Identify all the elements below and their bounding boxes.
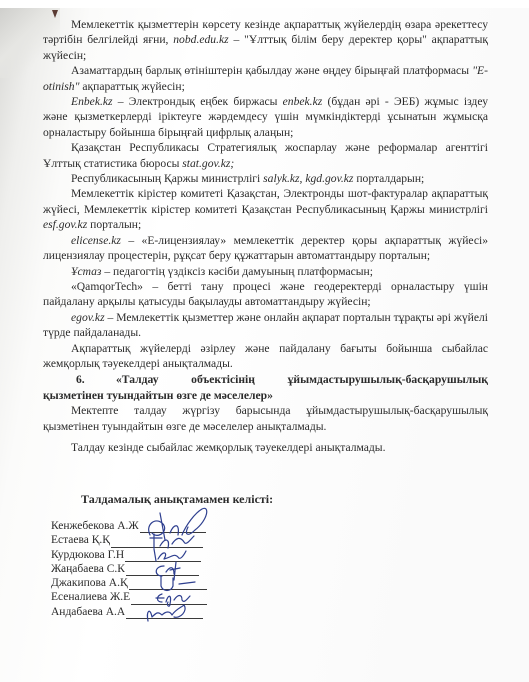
italic-term: egov.kz	[71, 311, 105, 324]
body-paragraph: Республикасының Қаржы министрлігі salyk.…	[43, 171, 488, 186]
paragraph-text: Қазақстан Республикасы Стратегиялық жосп…	[43, 141, 488, 169]
body-paragraph: Азаматтардың барлық өтініштерін қабылдау…	[43, 63, 488, 94]
section-paragraph: Талдау кезінде сыбайлас жемқорлық тәуеке…	[43, 440, 488, 455]
paragraph-text: Республикасының Қаржы министрлігі	[71, 172, 263, 185]
paragraph-text: – Мемлекеттік қызметтер және онлайн ақпа…	[43, 311, 488, 339]
section-paragraph: Мектепте талдау жүргізу барысында ұйымда…	[43, 403, 488, 434]
signer-name: Жаңабаева С.К	[51, 562, 125, 576]
body-paragraph: Enbek.kz – Электрондық еңбек биржасы enb…	[43, 94, 488, 140]
body-paragraph: Мемлекеттік қызметтерін көрсету кезінде …	[43, 17, 488, 63]
paragraph-text: Азаматтардың барлық өтініштерін қабылдау…	[71, 64, 472, 77]
signer-name: Джакипова А.Қ	[51, 576, 128, 590]
paragraph-list: Мемлекеттік қызметтерін көрсету кезінде …	[43, 17, 488, 371]
italic-term: nobd.edu.kz	[173, 33, 228, 46]
italic-term: Ұстаз	[71, 265, 101, 278]
body-paragraph: Ұстаз – педагогтің үздіксіз кәсіби дамуы…	[43, 264, 488, 279]
body-paragraph: Қазақстан Республикасы Стратегиялық жосп…	[43, 140, 488, 171]
italic-term: elicense.kz	[71, 234, 121, 247]
italic-term: esf.gov.kz	[43, 218, 87, 231]
body-paragraph: Мемлекеттік кірістер комитеті Қазақстан,…	[43, 186, 488, 232]
italic-term: stat.gov.kz;	[182, 157, 234, 170]
signer-name: Курдюкова Г.Н	[51, 548, 124, 562]
paragraph-text: «QamqorTech» – бетті тану процесі және г…	[43, 280, 488, 308]
italic-term: salyk.kz, kgd.gov.kz	[263, 172, 353, 185]
italic-term: Enbek.kz	[71, 95, 113, 108]
paragraph-text: порталдарын;	[353, 172, 424, 185]
paragraph-text: Мемлекеттік кірістер комитеті Қазақстан,…	[43, 187, 488, 215]
paragraph-text: порталын;	[87, 218, 141, 231]
signer-name: Андабаева А.А	[51, 605, 125, 619]
signer-name: Есеналиева Ж.Е	[51, 590, 130, 604]
section-number: 6.	[76, 372, 116, 387]
body-paragraph: elicense.kz – «Е-лицензиялау» мемлекетті…	[43, 233, 488, 264]
signer-name: Естаева Қ.Қ	[51, 533, 110, 547]
paragraph-text: Ақпараттық жүйелерді әзірлеу және пайдал…	[43, 342, 488, 370]
paragraph-text: – Электрондық еңбек биржасы	[113, 95, 283, 108]
italic-term: enbek.kz	[283, 95, 323, 108]
body-paragraph: Ақпараттық жүйелерді әзірлеу және пайдал…	[43, 341, 488, 372]
section-heading: 6.«Талдау объектісінің ұйымдастырушылық-…	[43, 372, 488, 403]
signer-name: Кенжебекова А.Ж	[51, 519, 139, 533]
signature-andabaeva	[142, 603, 192, 623]
document-body: Мемлекеттік қызметтерін көрсету кезінде …	[43, 17, 488, 455]
body-paragraph: egov.kz – Мемлекеттік қызметтер және онл…	[43, 310, 488, 341]
paragraph-text: – педагогтің үздіксіз кәсіби дамуының пл…	[101, 265, 373, 278]
paragraph-text: ақпараттық жүйесін;	[79, 80, 184, 93]
body-paragraph: «QamqorTech» – бетті тану процесі және г…	[43, 279, 488, 310]
